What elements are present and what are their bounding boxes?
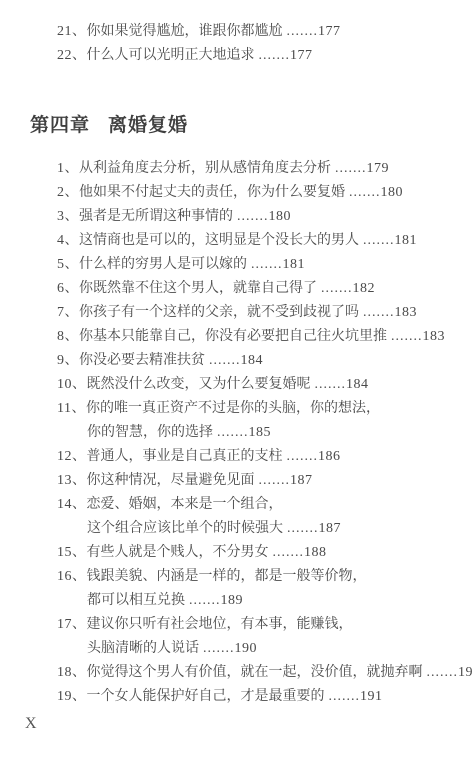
toc-item-title: 什么样的穷男人是可以嫁的: [79, 257, 247, 272]
toc-line-first: 2、他如果不付起丈夫的责任，你为什么要复婚.......180: [57, 181, 462, 205]
leader-dots: .......: [363, 233, 395, 248]
toc-item-title: 一个女人能保护好自己，才是最重要的: [87, 689, 325, 704]
toc-item-number: 8、: [57, 329, 79, 344]
toc-page-ref: 181: [395, 233, 418, 248]
toc-item: 8、你基本只能靠自己，你没有必要把自己往火坑里推.......183: [57, 325, 462, 349]
toc-item-title: 什么人可以光明正大地追求: [87, 48, 255, 63]
leader-dots: .......: [251, 257, 283, 272]
toc-item-number: 7、: [57, 305, 79, 320]
toc-line-first: 15、有些人就是个贱人，不分男女.......188: [57, 541, 462, 565]
toc-item-number: 22、: [57, 48, 87, 63]
toc-item-number: 1、: [57, 161, 79, 176]
toc-item: 5、什么样的穷男人是可以嫁的.......181: [57, 253, 462, 277]
toc-item: 6、你既然靠不住这个男人，就靠自己得了.......182: [57, 277, 462, 301]
toc-item-title: 你孩子有一个这样的父亲，就不受到歧视了吗: [79, 305, 359, 320]
toc-item: 18、你觉得这个男人有价值，就在一起，没价值，就抛弃啊.......190: [57, 661, 462, 685]
toc-item-number: 17、: [57, 617, 87, 632]
toc-item-title: 强者是无所谓这种事情的: [79, 209, 233, 224]
toc-item: 16、钱跟美貌、内涵是一样的，都是一般等价物，都可以相互兑换.......189: [57, 565, 462, 613]
leader-dots: .......: [209, 353, 241, 368]
toc-item-title: 你既然靠不住这个男人，就靠自己得了: [79, 281, 317, 296]
toc-page-ref: 177: [318, 24, 341, 39]
toc-line-first: 6、你既然靠不住这个男人，就靠自己得了.......182: [57, 277, 462, 301]
chapter-heading: 第四章离婚复婚: [30, 112, 472, 139]
toc-item-title: 你的智慧，你的选择: [87, 425, 213, 440]
toc-line-first: 11、你的唯一真正资产不过是你的头脑，你的想法，: [57, 397, 462, 421]
chapter-name: 离婚复婚: [108, 115, 188, 136]
toc-item-number: 11、: [57, 401, 86, 416]
toc-page-ref: 187: [319, 521, 342, 536]
toc-line-first: 14、恋爱、婚姻，本来是一个组合，: [57, 493, 462, 517]
leader-dots: .......: [287, 24, 319, 39]
leader-dots: .......: [189, 593, 221, 608]
toc-item-title: 建议你只听有社会地位，有本事，能赚钱，: [87, 617, 353, 632]
toc-item: 3、强者是无所谓这种事情的.......180: [57, 205, 462, 229]
leader-dots: .......: [363, 305, 395, 320]
toc-item-number: 14、: [57, 497, 87, 512]
toc-item: 2、他如果不付起丈夫的责任，你为什么要复婚.......180: [57, 181, 462, 205]
leader-dots: .......: [427, 665, 459, 680]
toc-page-ref: 191: [360, 689, 383, 704]
toc-line-first: 22、什么人可以光明正大地追求.......177: [57, 44, 462, 68]
toc-item: 1、从利益角度去分析，别从感情角度去分析.......179: [57, 157, 462, 181]
toc-line-continuation: 你的智慧，你的选择.......185: [57, 421, 462, 445]
toc-item: 13、你这种情况，尽量避免见面.......187: [57, 469, 462, 493]
toc-line-continuation: 都可以相互兑换.......189: [57, 589, 462, 613]
toc-line-first: 19、一个女人能保护好自己，才是最重要的.......191: [57, 685, 462, 709]
toc-page-ref: 180: [269, 209, 292, 224]
toc-line-first: 21、你如果觉得尴尬，谁跟你都尴尬.......177: [57, 20, 462, 44]
toc-item: 22、什么人可以光明正大地追求.......177: [57, 44, 462, 68]
toc-item: 9、你没必要去精准扶贫.......184: [57, 349, 462, 373]
toc-page-ref: 183: [423, 329, 446, 344]
toc-line-first: 3、强者是无所谓这种事情的.......180: [57, 205, 462, 229]
toc-page-ref: 177: [290, 48, 313, 63]
toc-item-number: 9、: [57, 353, 79, 368]
toc-page-ref: 184: [346, 377, 369, 392]
toc-page-ref: 182: [353, 281, 376, 296]
toc-item: 21、你如果觉得尴尬，谁跟你都尴尬.......177: [57, 20, 462, 44]
toc-item-number: 13、: [57, 473, 87, 488]
toc-line-first: 16、钱跟美貌、内涵是一样的，都是一般等价物，: [57, 565, 462, 589]
leader-dots: .......: [329, 689, 361, 704]
toc-page-ref: 187: [290, 473, 313, 488]
toc-item-title: 头脑清晰的人说话: [87, 641, 199, 656]
toc-item-title: 这情商也是可以的，这明显是个没长大的男人: [79, 233, 359, 248]
leader-dots: .......: [237, 209, 269, 224]
leader-dots: .......: [203, 641, 235, 656]
leader-dots: .......: [287, 521, 319, 536]
toc-item-title: 恋爱、婚姻，本来是一个组合，: [87, 497, 283, 512]
toc-item-number: 12、: [57, 449, 87, 464]
toc-item-number: 21、: [57, 24, 87, 39]
toc-page-ref: 190: [235, 641, 258, 656]
toc-item-title: 你的唯一真正资产不过是你的头脑，你的想法，: [86, 401, 380, 416]
toc-item-title: 从利益角度去分析，别从感情角度去分析: [79, 161, 331, 176]
toc-page-ref: 185: [249, 425, 272, 440]
toc-item: 17、建议你只听有社会地位，有本事，能赚钱，头脑清晰的人说话.......190: [57, 613, 462, 661]
toc-item-title: 既然没什么改变，又为什么要复婚呢: [87, 377, 311, 392]
toc-item-number: 4、: [57, 233, 79, 248]
toc-item-number: 2、: [57, 185, 79, 200]
chapter-item-list: 1、从利益角度去分析，别从感情角度去分析.......1792、他如果不付起丈夫…: [57, 157, 462, 709]
leader-dots: .......: [321, 281, 353, 296]
toc-item: 15、有些人就是个贱人，不分男女.......188: [57, 541, 462, 565]
toc-item-title: 他如果不付起丈夫的责任，你为什么要复婚: [79, 185, 345, 200]
toc-line-first: 10、既然没什么改变，又为什么要复婚呢.......184: [57, 373, 462, 397]
toc-line-first: 17、建议你只听有社会地位，有本事，能赚钱，: [57, 613, 462, 637]
toc-page-ref: 179: [367, 161, 390, 176]
toc-line-continuation: 头脑清晰的人说话.......190: [57, 637, 462, 661]
toc-page-ref: 186: [318, 449, 341, 464]
leader-dots: .......: [335, 161, 367, 176]
toc-item-number: 18、: [57, 665, 87, 680]
toc-item-title: 钱跟美貌、内涵是一样的，都是一般等价物，: [87, 569, 367, 584]
toc-item-number: 15、: [57, 545, 87, 560]
toc-item-title: 这个组合应该比单个的时候强大: [87, 521, 283, 536]
toc-page-ref: 180: [381, 185, 404, 200]
leader-dots: .......: [287, 449, 319, 464]
toc-item-number: 19、: [57, 689, 87, 704]
toc-page-ref: 189: [221, 593, 244, 608]
leader-dots: .......: [349, 185, 381, 200]
toc-line-continuation: 这个组合应该比单个的时候强大.......187: [57, 517, 462, 541]
toc-line-first: 18、你觉得这个男人有价值，就在一起，没价值，就抛弃啊.......190: [57, 661, 462, 685]
chapter-number: 第四章: [30, 115, 90, 136]
toc-line-first: 7、你孩子有一个这样的父亲，就不受到歧视了吗.......183: [57, 301, 462, 325]
toc-item: 19、一个女人能保护好自己，才是最重要的.......191: [57, 685, 462, 709]
leader-dots: .......: [391, 329, 423, 344]
leader-dots: .......: [315, 377, 347, 392]
toc-item-title: 你觉得这个男人有价值，就在一起，没价值，就抛弃啊: [87, 665, 423, 680]
toc-line-first: 13、你这种情况，尽量避免见面.......187: [57, 469, 462, 493]
toc-item-title: 你如果觉得尴尬，谁跟你都尴尬: [87, 24, 283, 39]
folio-page-number: X: [25, 712, 37, 736]
toc-item: 12、普通人，事业是自己真正的支柱.......186: [57, 445, 462, 469]
toc-item-number: 5、: [57, 257, 79, 272]
toc-item-title: 你没必要去精准扶贫: [79, 353, 205, 368]
toc-item: 4、这情商也是可以的，这明显是个没长大的男人.......181: [57, 229, 462, 253]
toc-line-first: 12、普通人，事业是自己真正的支柱.......186: [57, 445, 462, 469]
leader-dots: .......: [273, 545, 305, 560]
toc-item: 7、你孩子有一个这样的父亲，就不受到歧视了吗.......183: [57, 301, 462, 325]
toc-line-first: 5、什么样的穷男人是可以嫁的.......181: [57, 253, 462, 277]
toc-item-number: 16、: [57, 569, 87, 584]
toc-item-title: 有些人就是个贱人，不分男女: [87, 545, 269, 560]
leader-dots: .......: [217, 425, 249, 440]
toc-item: 10、既然没什么改变，又为什么要复婚呢.......184: [57, 373, 462, 397]
prev-chapter-item-list: 21、你如果觉得尴尬，谁跟你都尴尬.......17722、什么人可以光明正大地…: [57, 0, 462, 68]
toc-item-number: 10、: [57, 377, 87, 392]
toc-line-first: 4、这情商也是可以的，这明显是个没长大的男人.......181: [57, 229, 462, 253]
toc-page-ref: 188: [304, 545, 327, 560]
toc-page-ref: 184: [241, 353, 264, 368]
toc-page-ref: 181: [283, 257, 306, 272]
toc-item-title: 都可以相互兑换: [87, 593, 185, 608]
toc-item-title: 你基本只能靠自己，你没有必要把自己往火坑里推: [79, 329, 387, 344]
toc-item-number: 6、: [57, 281, 79, 296]
toc-item: 14、恋爱、婚姻，本来是一个组合，这个组合应该比单个的时候强大.......18…: [57, 493, 462, 541]
toc-page-ref: 190: [458, 665, 472, 680]
leader-dots: .......: [259, 48, 291, 63]
toc-item-title: 你这种情况，尽量避免见面: [87, 473, 255, 488]
toc-item-title: 普通人，事业是自己真正的支柱: [87, 449, 283, 464]
toc-page-ref: 183: [395, 305, 418, 320]
toc-line-first: 1、从利益角度去分析，别从感情角度去分析.......179: [57, 157, 462, 181]
toc-line-first: 9、你没必要去精准扶贫.......184: [57, 349, 462, 373]
toc-page: 21、你如果觉得尴尬，谁跟你都尴尬.......17722、什么人可以光明正大地…: [0, 0, 472, 759]
toc-item-number: 3、: [57, 209, 79, 224]
toc-line-first: 8、你基本只能靠自己，你没有必要把自己往火坑里推.......183: [57, 325, 462, 349]
toc-item: 11、你的唯一真正资产不过是你的头脑，你的想法，你的智慧，你的选择.......…: [57, 397, 462, 445]
leader-dots: .......: [259, 473, 291, 488]
